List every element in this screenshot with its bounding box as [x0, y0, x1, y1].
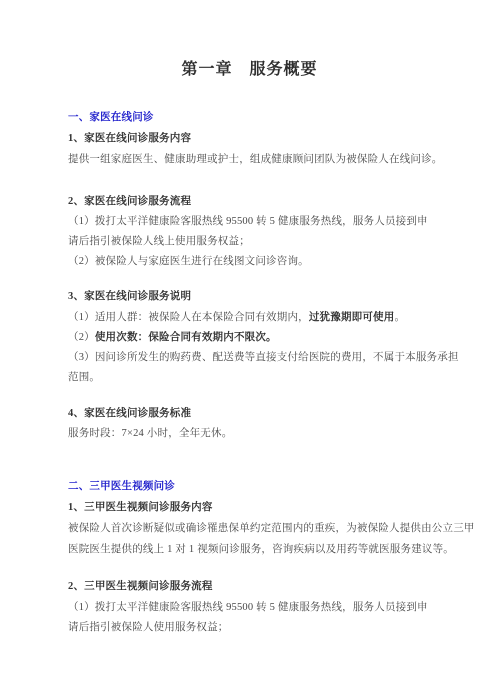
text-run: 2、家医在线问诊服务流程	[68, 196, 191, 207]
document-page: 第一章 服务概要 一、家医在线问诊1、家医在线问诊服务内容提供一组家庭医生、健康…	[0, 0, 495, 700]
text-run: （2）	[68, 332, 95, 343]
text-line: 医院医生提供的线上 1 对 1 视频问诊服务，咨询疾病以及用药等就医服务建议等。	[68, 540, 431, 560]
emphasized-text-run: 过犹豫期即可使用	[309, 312, 395, 323]
text-run: （1）拨打太平洋健康险客服热线 95500 转 5 健康服务热线，服务人员接到申	[68, 602, 428, 613]
text-run: （1）适用人群：被保险人在本保险合同有效期内，	[68, 312, 309, 323]
text-run: 。	[394, 312, 405, 323]
sub-heading: 3、家医在线问诊服务说明	[68, 287, 431, 307]
sub-heading: 4、家医在线问诊服务标准	[68, 404, 431, 424]
text-run: 医院医生提供的线上 1 对 1 视频问诊服务，咨询疾病以及用药等就医服务建议等。	[68, 544, 454, 555]
text-line: （1）适用人群：被保险人在本保险合同有效期内，过犹豫期即可使用。	[68, 308, 431, 328]
text-run: 二、三甲医生视频问诊	[68, 481, 175, 492]
text-line: 范围。	[68, 368, 431, 388]
text-line: 请后指引被保险人线上使用服务权益；	[68, 232, 431, 252]
text-line: （2）被保险人与家庭医生进行在线图文问诊咨询。	[68, 252, 431, 272]
document-body: 一、家医在线问诊1、家医在线问诊服务内容提供一组家庭医生、健康助理或护士，组成健…	[68, 108, 431, 638]
sub-heading: 1、家医在线问诊服务内容	[68, 129, 431, 149]
text-run: 服务时段：7×24 小时，全年无休。	[68, 428, 232, 439]
text-line: （1）拨打太平洋健康险客服热线 95500 转 5 健康服务热线，服务人员接到申	[68, 212, 431, 232]
sub-heading: 2、家医在线问诊服务流程	[68, 192, 431, 212]
text-line: （1）拨打太平洋健康险客服热线 95500 转 5 健康服务热线，服务人员接到申	[68, 598, 431, 618]
text-run: 请后指引被保险人线上使用服务权益；	[68, 236, 250, 247]
text-run: 范围。	[68, 372, 100, 383]
sub-heading: 1、三甲医生视频问诊服务内容	[68, 498, 431, 518]
section-heading: 一、家医在线问诊	[68, 108, 431, 128]
text-run: 3、家医在线问诊服务说明	[68, 291, 191, 302]
text-run: （2）被保险人与家庭医生进行在线图文问诊咨询。	[68, 256, 309, 267]
text-run: 提供一组家庭医生、健康助理或护士，组成健康顾问团队为被保险人在线问诊。	[68, 154, 443, 165]
text-line: 提供一组家庭医生、健康助理或护士，组成健康顾问团队为被保险人在线问诊。	[68, 150, 431, 170]
sub-heading: 2、三甲医生视频问诊服务流程	[68, 577, 431, 597]
emphasized-text-run: 使用次数：保险合同有效期内不限次。	[95, 332, 277, 343]
text-run: 请后指引被保险人使用服务权益；	[68, 622, 229, 633]
text-run: 4、家医在线问诊服务标准	[68, 408, 191, 419]
text-run: 1、家医在线问诊服务内容	[68, 133, 191, 144]
text-run: 一、家医在线问诊	[68, 112, 154, 123]
text-run: （3）因问诊所发生的购药费、配送费等直接支付给医院的费用，不属于本服务承担	[68, 352, 459, 363]
text-line: （2）使用次数：保险合同有效期内不限次。	[68, 328, 431, 348]
text-line: 被保险人首次诊断疑似或确诊罹患保单约定范围内的重疾，为被保险人提供由公立三甲	[68, 519, 431, 539]
text-run: 被保险人首次诊断疑似或确诊罹患保单约定范围内的重疾，为被保险人提供由公立三甲	[68, 523, 475, 534]
chapter-title: 第一章 服务概要	[68, 58, 431, 82]
section-heading: 二、三甲医生视频问诊	[68, 477, 431, 497]
text-run: 1、三甲医生视频问诊服务内容	[68, 502, 213, 513]
text-run: （1）拨打太平洋健康险客服热线 95500 转 5 健康服务热线，服务人员接到申	[68, 216, 428, 227]
text-line: 请后指引被保险人使用服务权益；	[68, 618, 431, 638]
text-run: 2、三甲医生视频问诊服务流程	[68, 581, 213, 592]
text-line: 服务时段：7×24 小时，全年无休。	[68, 424, 431, 444]
text-line: （3）因问诊所发生的购药费、配送费等直接支付给医院的费用，不属于本服务承担	[68, 348, 431, 368]
